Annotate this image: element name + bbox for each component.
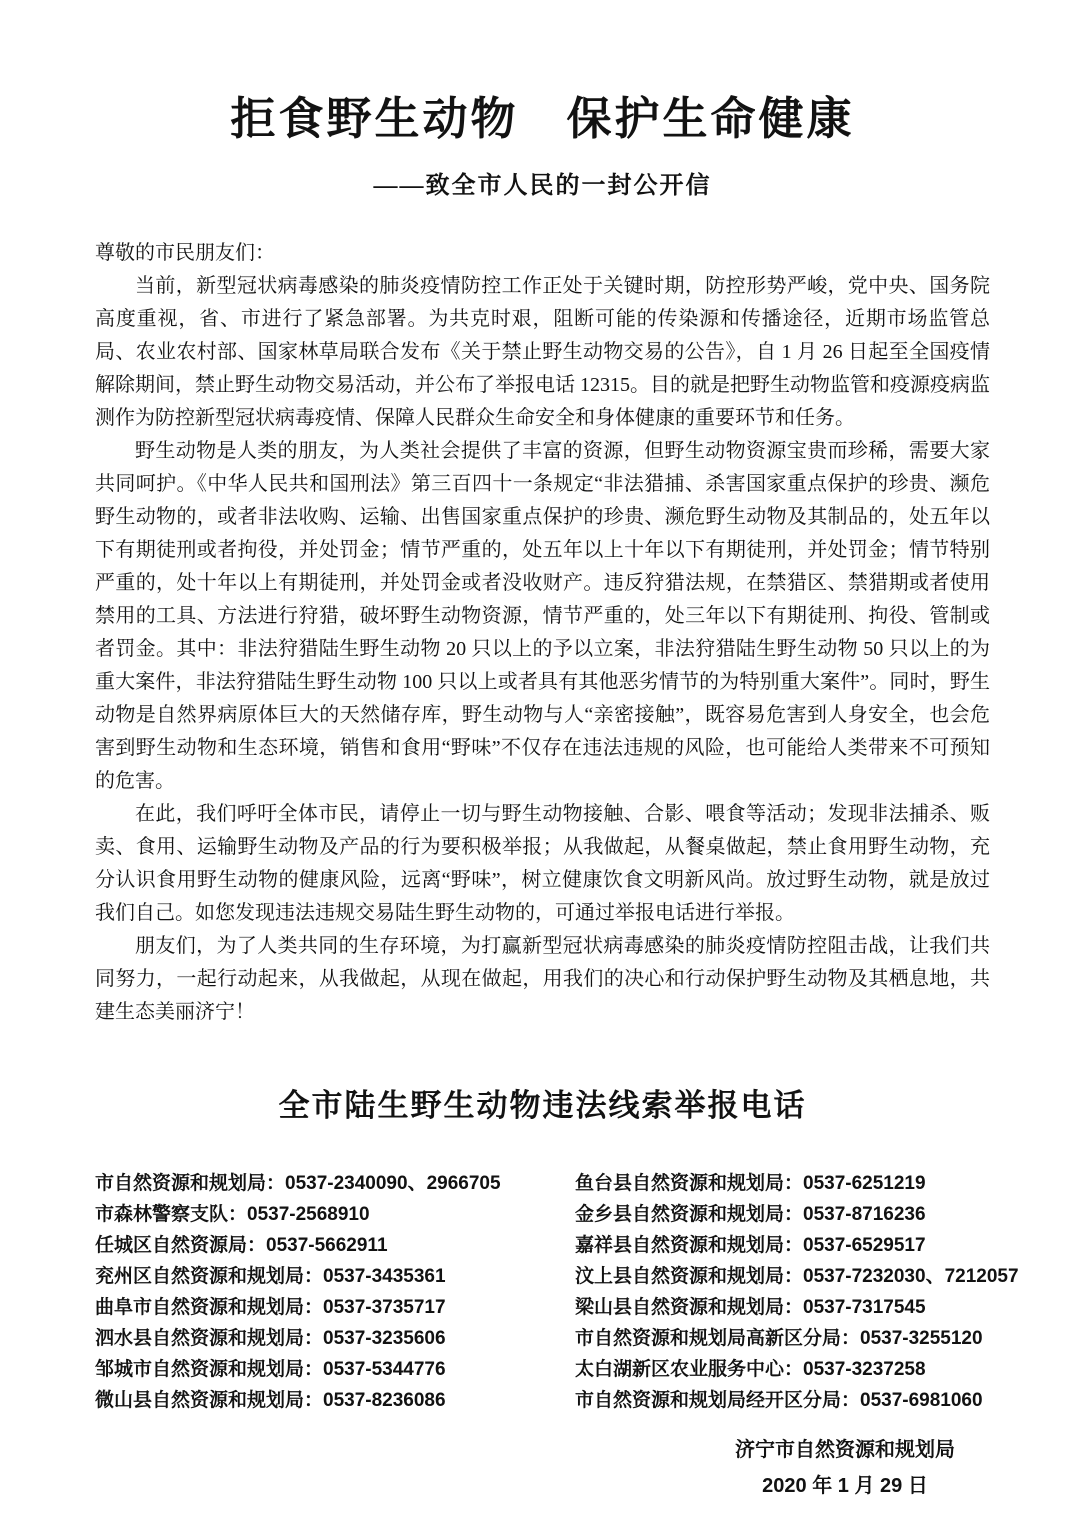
page-title: 拒食野生动物 保护生命健康 — [95, 92, 990, 146]
signature-org: 济宁市自然资源和规划局 — [735, 1432, 955, 1468]
signature-block: 济宁市自然资源和规划局 2020 年 1 月 29 日 — [735, 1432, 955, 1504]
hotline-entry: 市自然资源和规划局经开区分局：0537-6981060 — [575, 1385, 1019, 1416]
page-subtitle: ——致全市人民的一封公开信 — [95, 172, 990, 201]
hotline-entry: 任城区自然资源局：0537-5662911 — [95, 1230, 575, 1261]
hotline-entry: 微山县自然资源和规划局：0537-8236086 — [95, 1385, 575, 1416]
letter-body: 尊敬的市民朋友们： 当前，新型冠状病毒感染的肺炎疫情防控工作正处于关键时期，防控… — [95, 237, 990, 1029]
hotline-list: 市自然资源和规划局：0537-2340090、2966705 市森林警察支队：0… — [95, 1168, 990, 1416]
hotline-entry: 市自然资源和规划局高新区分局：0537-3255120 — [575, 1323, 1019, 1354]
hotline-entry: 金乡县自然资源和规划局：0537-8716236 — [575, 1199, 1019, 1230]
hotline-column-left: 市自然资源和规划局：0537-2340090、2966705 市森林警察支队：0… — [95, 1168, 575, 1416]
hotline-column-right: 鱼台县自然资源和规划局：0537-6251219 金乡县自然资源和规划局：053… — [575, 1168, 1019, 1416]
hotline-entry: 梁山县自然资源和规划局：0537-7317545 — [575, 1292, 1019, 1323]
hotline-entry: 汶上县自然资源和规划局：0537-7232030、7212057 — [575, 1261, 1019, 1292]
letter-paragraph-3: 在此，我们呼吁全体市民，请停止一切与野生动物接触、合影、喂食等活动；发现非法捕杀… — [95, 798, 990, 930]
hotline-entry: 太白湖新区农业服务中心：0537-3237258 — [575, 1354, 1019, 1385]
hotline-section-title: 全市陆生野生动物违法线索举报电话 — [95, 1087, 990, 1126]
hotline-entry: 泗水县自然资源和规划局：0537-3235606 — [95, 1323, 575, 1354]
hotline-entry: 兖州区自然资源和规划局：0537-3435361 — [95, 1261, 575, 1292]
letter-paragraph-4: 朋友们，为了人类共同的生存环境，为打赢新型冠状病毒感染的肺炎疫情防控阻击战，让我… — [95, 930, 990, 1029]
hotline-entry: 曲阜市自然资源和规划局：0537-3735717 — [95, 1292, 575, 1323]
signature-date: 2020 年 1 月 29 日 — [735, 1468, 955, 1504]
hotline-entry: 鱼台县自然资源和规划局：0537-6251219 — [575, 1168, 1019, 1199]
open-letter-page: 拒食野生动物 保护生命健康 ——致全市人民的一封公开信 尊敬的市民朋友们： 当前… — [0, 0, 1080, 1527]
hotline-entry: 嘉祥县自然资源和规划局：0537-6529517 — [575, 1230, 1019, 1261]
hotline-entry: 市自然资源和规划局：0537-2340090、2966705 — [95, 1168, 575, 1199]
hotline-entry: 市森林警察支队：0537-2568910 — [95, 1199, 575, 1230]
hotline-entry: 邹城市自然资源和规划局：0537-5344776 — [95, 1354, 575, 1385]
letter-paragraph-1: 当前，新型冠状病毒感染的肺炎疫情防控工作正处于关键时期，防控形势严峻，党中央、国… — [95, 270, 990, 435]
letter-paragraph-2: 野生动物是人类的朋友，为人类社会提供了丰富的资源，但野生动物资源宝贵而珍稀，需要… — [95, 435, 990, 798]
letter-greeting: 尊敬的市民朋友们： — [95, 237, 990, 270]
